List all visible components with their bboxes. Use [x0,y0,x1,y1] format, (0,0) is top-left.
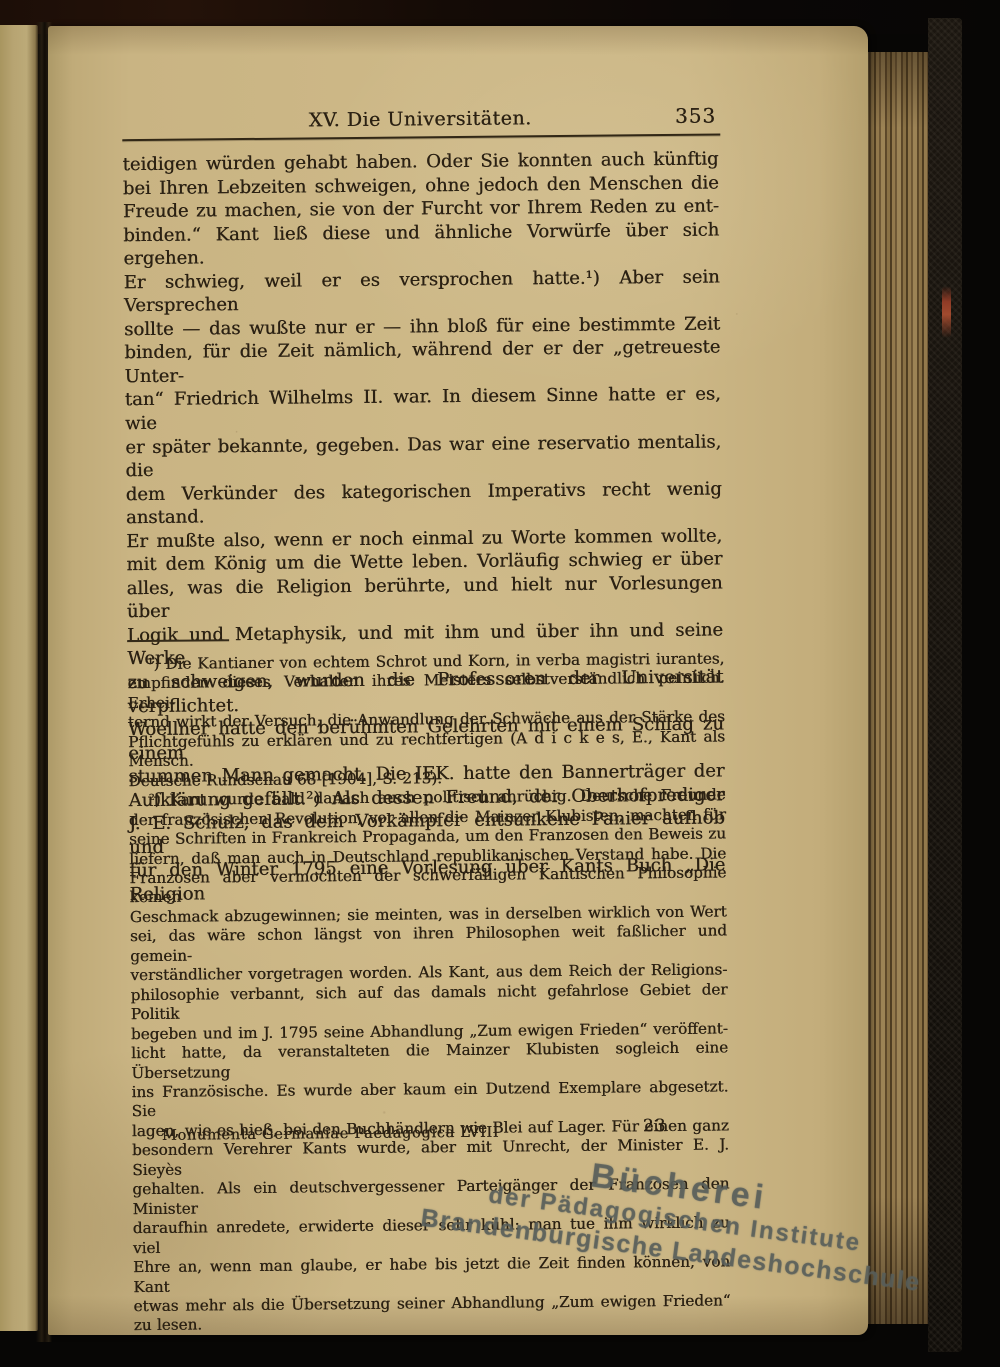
text-line: daraufhin anredete, erwiderte dieser seh… [133,1214,730,1259]
text-line: Er schwieg, weil er es versprochen hatte… [124,265,720,318]
text-line: Franzosen aber vermochten der schwerfäll… [129,863,726,908]
text-line: tan“ Friedrich Wilhelms II. war. In dies… [125,383,721,436]
text-line: philosophie verbannt, sich auf das damal… [130,980,727,1025]
series-title: Monumenta Germaniae Paedagogica LVIII [162,1125,499,1144]
text-line: Ehre an, wenn man glaube, er habe bis je… [133,1252,730,1297]
text-line: Pflichtgefühls zu erklären und zu rechtf… [128,727,725,772]
footnote-area: ¹) Die Kantianer von echtem Schrot und K… [127,649,731,1336]
text-line: binden.“ Kant ließ diese und ähnliche Vo… [123,218,719,271]
binding-red-mark [942,286,951,338]
text-line: dem Verkünder des kategorischen Imperati… [126,477,722,530]
page-number: 353 [675,104,716,128]
chapter-title: XV. Die Universitäten. [122,105,718,133]
footnote-2: ²) Kant wurde bald danach auch politisch… [129,786,731,1336]
text-line: gehalten. Als ein deutschvergessener Par… [132,1175,729,1220]
text-line: sei, das wäre schon längst von ihren Phi… [130,922,727,967]
text-line: alles, was die Religion berührte, und hi… [127,571,723,624]
book-page: XV. Die Universitäten. 353 teidigen würd… [48,26,868,1335]
text-line: ins Französische. Es wurde aber kaum ein… [131,1077,728,1122]
signature-number: 23 [643,1116,667,1136]
facing-page-edge [0,25,38,1331]
running-header: XV. Die Universitäten. 353 [122,105,718,137]
text-line: empfinden dieses Verhalten ihres Meister… [127,669,724,714]
footnote-1: ¹) Die Kantianer von echtem Schrot und K… [127,649,725,791]
text-line: licht hatte, da veranstalteten die Mainz… [131,1038,728,1083]
text-line: er später bekannte, gegeben. Das war ein… [125,430,721,483]
book-binding [928,18,962,1352]
text-line: binden, für die Zeit nämlich, während de… [124,336,720,389]
